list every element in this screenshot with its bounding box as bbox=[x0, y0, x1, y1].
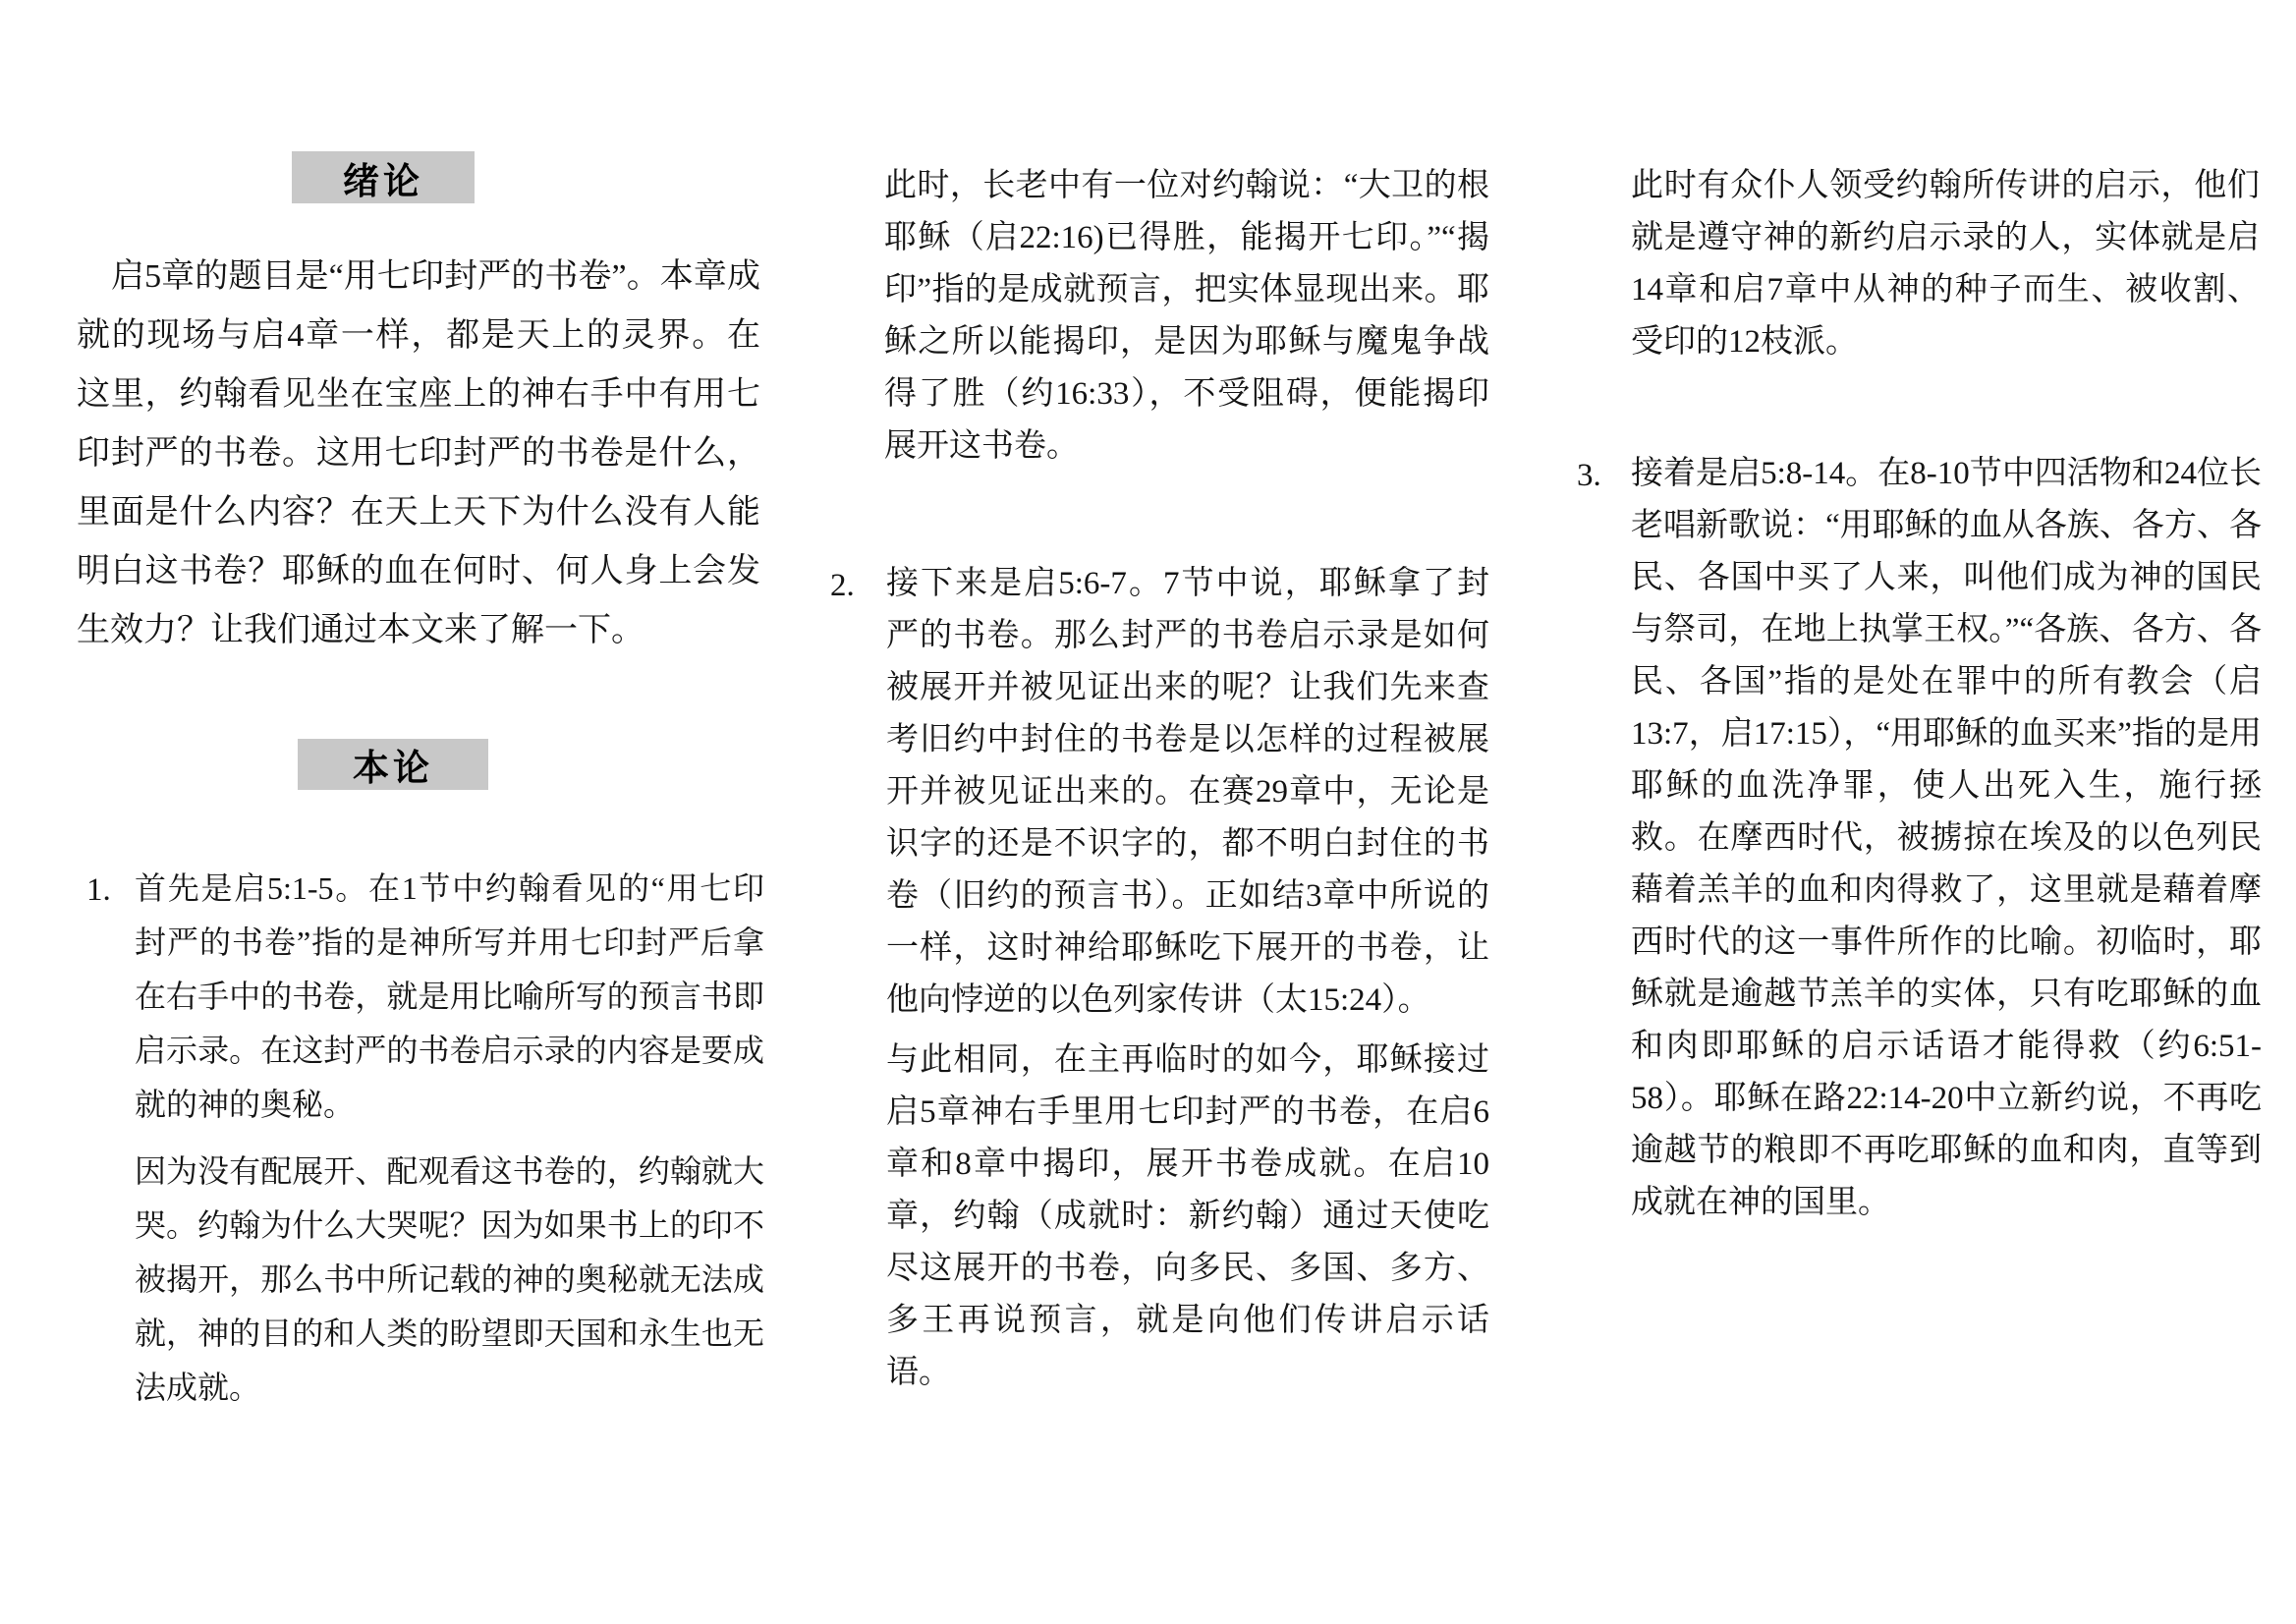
item-1-paragraph-1: 首先是启5:1-5。在1节中约翰看见的“用七印封严的书卷”指的是神所写并用七印封… bbox=[135, 862, 764, 1132]
item-1-number: 1. bbox=[86, 864, 111, 918]
item-1-paragraph-2: 因为没有配展开、配观看这书卷的，约翰就大哭。约翰为什么大哭呢？因为如果书上的印不… bbox=[135, 1145, 764, 1415]
item-3-number: 3. bbox=[1577, 450, 1601, 502]
document-page: 绪论 启5章的题目是“用七印封严的书卷”。本章成就的现场与启4章一样，都是天上的… bbox=[0, 0, 2296, 1624]
list-item-3: 3. 接着是启5:8-14。在8-10节中四活物和24位长老唱新歌说：“用耶稣的… bbox=[1631, 448, 2262, 1229]
item-3-paragraph-1: 接着是启5:8-14。在8-10节中四活物和24位长老唱新歌说：“用耶稣的血从各… bbox=[1631, 448, 2262, 1229]
section-header-intro-label: 绪论 bbox=[343, 151, 423, 204]
intro-paragraph: 启5章的题目是“用七印封严的书卷”。本章成就的现场与启4章一样，都是天上的灵界。… bbox=[77, 248, 760, 660]
section-header-intro: 绪论 bbox=[292, 151, 475, 203]
item-2-paragraph-2: 与此相同，在主再临时的如今，耶稣接过启5章神右手里用七印封严的书卷，在启6章和8… bbox=[886, 1035, 1489, 1399]
list-item-2: 2. 接下来是启5:6-7。7节中说，耶稣拿了封严的书卷。那么封严的书卷启示录是… bbox=[886, 558, 1489, 1399]
list-item-1: 1. 首先是启5:1-5。在1节中约翰看见的“用七印封严的书卷”指的是神所写并用… bbox=[135, 862, 764, 1415]
section-header-main-label: 本论 bbox=[353, 738, 433, 791]
item-2-number: 2. bbox=[830, 560, 855, 612]
section-header-main: 本论 bbox=[298, 739, 488, 790]
item-2-paragraph-1: 接下来是启5:6-7。7节中说，耶稣拿了封严的书卷。那么封严的书卷启示录是如何被… bbox=[886, 558, 1489, 1027]
column2-paragraph-1: 此时，长老中有一位对约翰说：“大卫的根耶稣（启22:16)已得胜，能揭开七印。”… bbox=[884, 160, 1489, 473]
column3-paragraph-1: 此时有众仆人领受约翰所传讲的启示，他们就是遵守神的新约启示录的人，实体就是启14… bbox=[1631, 160, 2260, 368]
